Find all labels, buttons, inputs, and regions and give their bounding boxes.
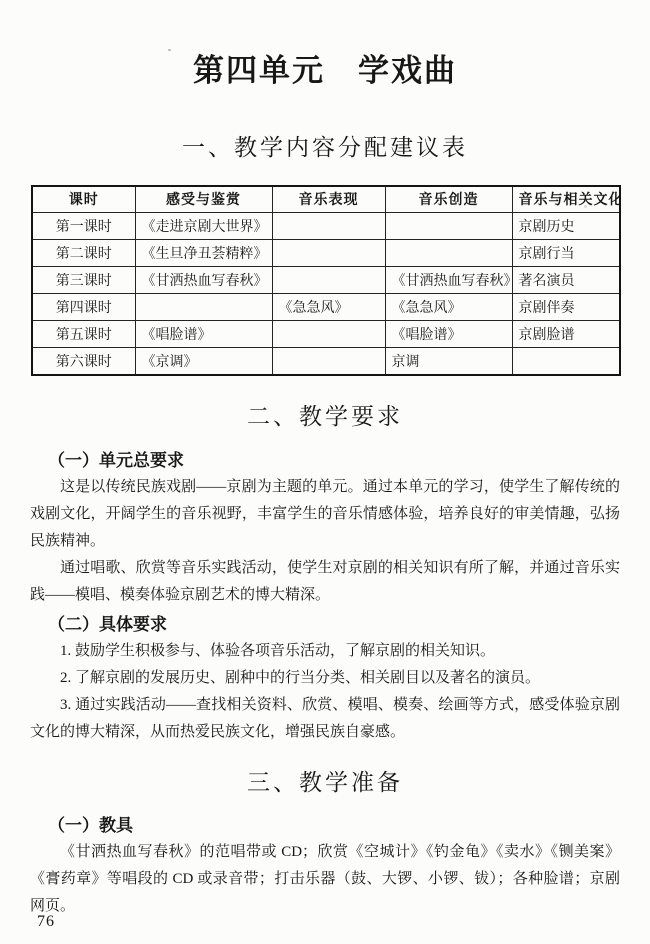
table-cell: 京剧伴奏 [512,294,620,321]
table-cell: 《唱脸谱》 [135,321,272,348]
table-cell: 京剧行当 [512,240,620,267]
table-cell: 第一课时 [32,213,135,240]
table-cell: 《甘洒热血写春秋》 [385,267,512,294]
table-cell: 著名演员 [512,267,620,294]
column-header: 音乐创造 [385,186,512,213]
column-header: 音乐与相关文化 [512,186,620,213]
table-cell: 《急急风》 [385,294,512,321]
section-heading-teaching-preparation: 三、教学准备 [0,768,650,798]
table-cell [512,348,620,375]
table-row: 第三课时 《甘洒热血写春秋》 《甘洒热血写春秋》 著名演员 [32,267,620,294]
table-cell: 《走进京剧大世界》 [135,213,272,240]
list-item: 3. 通过实践活动——查找相关资料、欣赏、模唱、模奏、绘画等方式，感受体验京剧文… [30,692,620,746]
list-item: 1. 鼓励学生积极参与、体验各项音乐活动，了解京剧的相关知识。 [30,638,620,665]
schedule-table: 课时 感受与鉴赏 音乐表现 音乐创造 音乐与相关文化 第一课时 《走进京剧大世界… [31,185,621,376]
paragraph: 《甘洒热血写春秋》的范唱带或 CD；欣赏《空城计》《钓金龟》《卖水》《铡美案》《… [30,839,620,920]
scan-speckle [584,205,587,208]
column-header: 音乐表现 [272,186,385,213]
table-cell: 京剧历史 [512,213,620,240]
table-row: 第四课时 《急急风》 《急急风》 京剧伴奏 [32,294,620,321]
table-cell [385,213,512,240]
table-cell: 《生旦净丑荟精粹》 [135,240,272,267]
list-item: 2. 了解京剧的发展历史、剧种中的行当分类、相关剧目以及著名的演员。 [30,665,620,692]
table-cell [272,240,385,267]
section-heading-teaching-requirements: 二、教学要求 [0,402,650,432]
section-2-body: （一）单元总要求 这是以传统民族戏剧——京剧为主题的单元。通过本单元的学习，使学… [0,447,650,746]
table-cell [272,348,385,375]
section-heading-content-table: 一、教学内容分配建议表 [0,133,650,163]
paragraph: 通过唱歌、欣赏等音乐实践活动，使学生对京剧的相关知识有所了解，并通过音乐实践——… [30,555,620,609]
scan-speckle [168,49,171,51]
table-cell [385,240,512,267]
column-header: 感受与鉴赏 [135,186,272,213]
subsection-heading-unit-requirements: （一）单元总要求 [30,447,620,474]
schedule-table-wrap: 课时 感受与鉴赏 音乐表现 音乐创造 音乐与相关文化 第一课时 《走进京剧大世界… [31,185,619,376]
table-cell [135,294,272,321]
subsection-heading-teaching-aids: （一）教具 [30,812,620,839]
table-cell [272,213,385,240]
table-cell: 《唱脸谱》 [385,321,512,348]
section-3-body: （一）教具 《甘洒热血写春秋》的范唱带或 CD；欣赏《空城计》《钓金龟》《卖水》… [0,812,650,920]
table-cell: 第五课时 [32,321,135,348]
table-cell [272,267,385,294]
page-number: 76 [37,913,55,931]
table-cell [272,321,385,348]
table-cell: 第四课时 [32,294,135,321]
table-cell: 《甘洒热血写春秋》 [135,267,272,294]
table-row: 第五课时 《唱脸谱》 《唱脸谱》 京剧脸谱 [32,321,620,348]
table-row: 第二课时 《生旦净丑荟精粹》 京剧行当 [32,240,620,267]
table-cell: 京剧脸谱 [512,321,620,348]
table-row: 第六课时 《京调》 京调 [32,348,620,375]
table-header-row: 课时 感受与鉴赏 音乐表现 音乐创造 音乐与相关文化 [32,186,620,213]
table-cell: 第二课时 [32,240,135,267]
table-cell: 《京调》 [135,348,272,375]
page-title: 第四单元 学戏曲 [0,0,650,91]
table-cell: 第三课时 [32,267,135,294]
paragraph: 这是以传统民族戏剧——京剧为主题的单元。通过本单元的学习，使学生了解传统的戏剧文… [30,474,620,555]
scanned-page: 第四单元 学戏曲 一、教学内容分配建议表 课时 感受与鉴赏 音乐表现 音乐创造 … [0,0,650,944]
subsection-heading-specific-requirements: （二）具体要求 [30,611,620,638]
table-cell: 第六课时 [32,348,135,375]
table-row: 第一课时 《走进京剧大世界》 京剧历史 [32,213,620,240]
column-header: 课时 [32,186,135,213]
table-cell: 京调 [385,348,512,375]
table-cell: 《急急风》 [272,294,385,321]
